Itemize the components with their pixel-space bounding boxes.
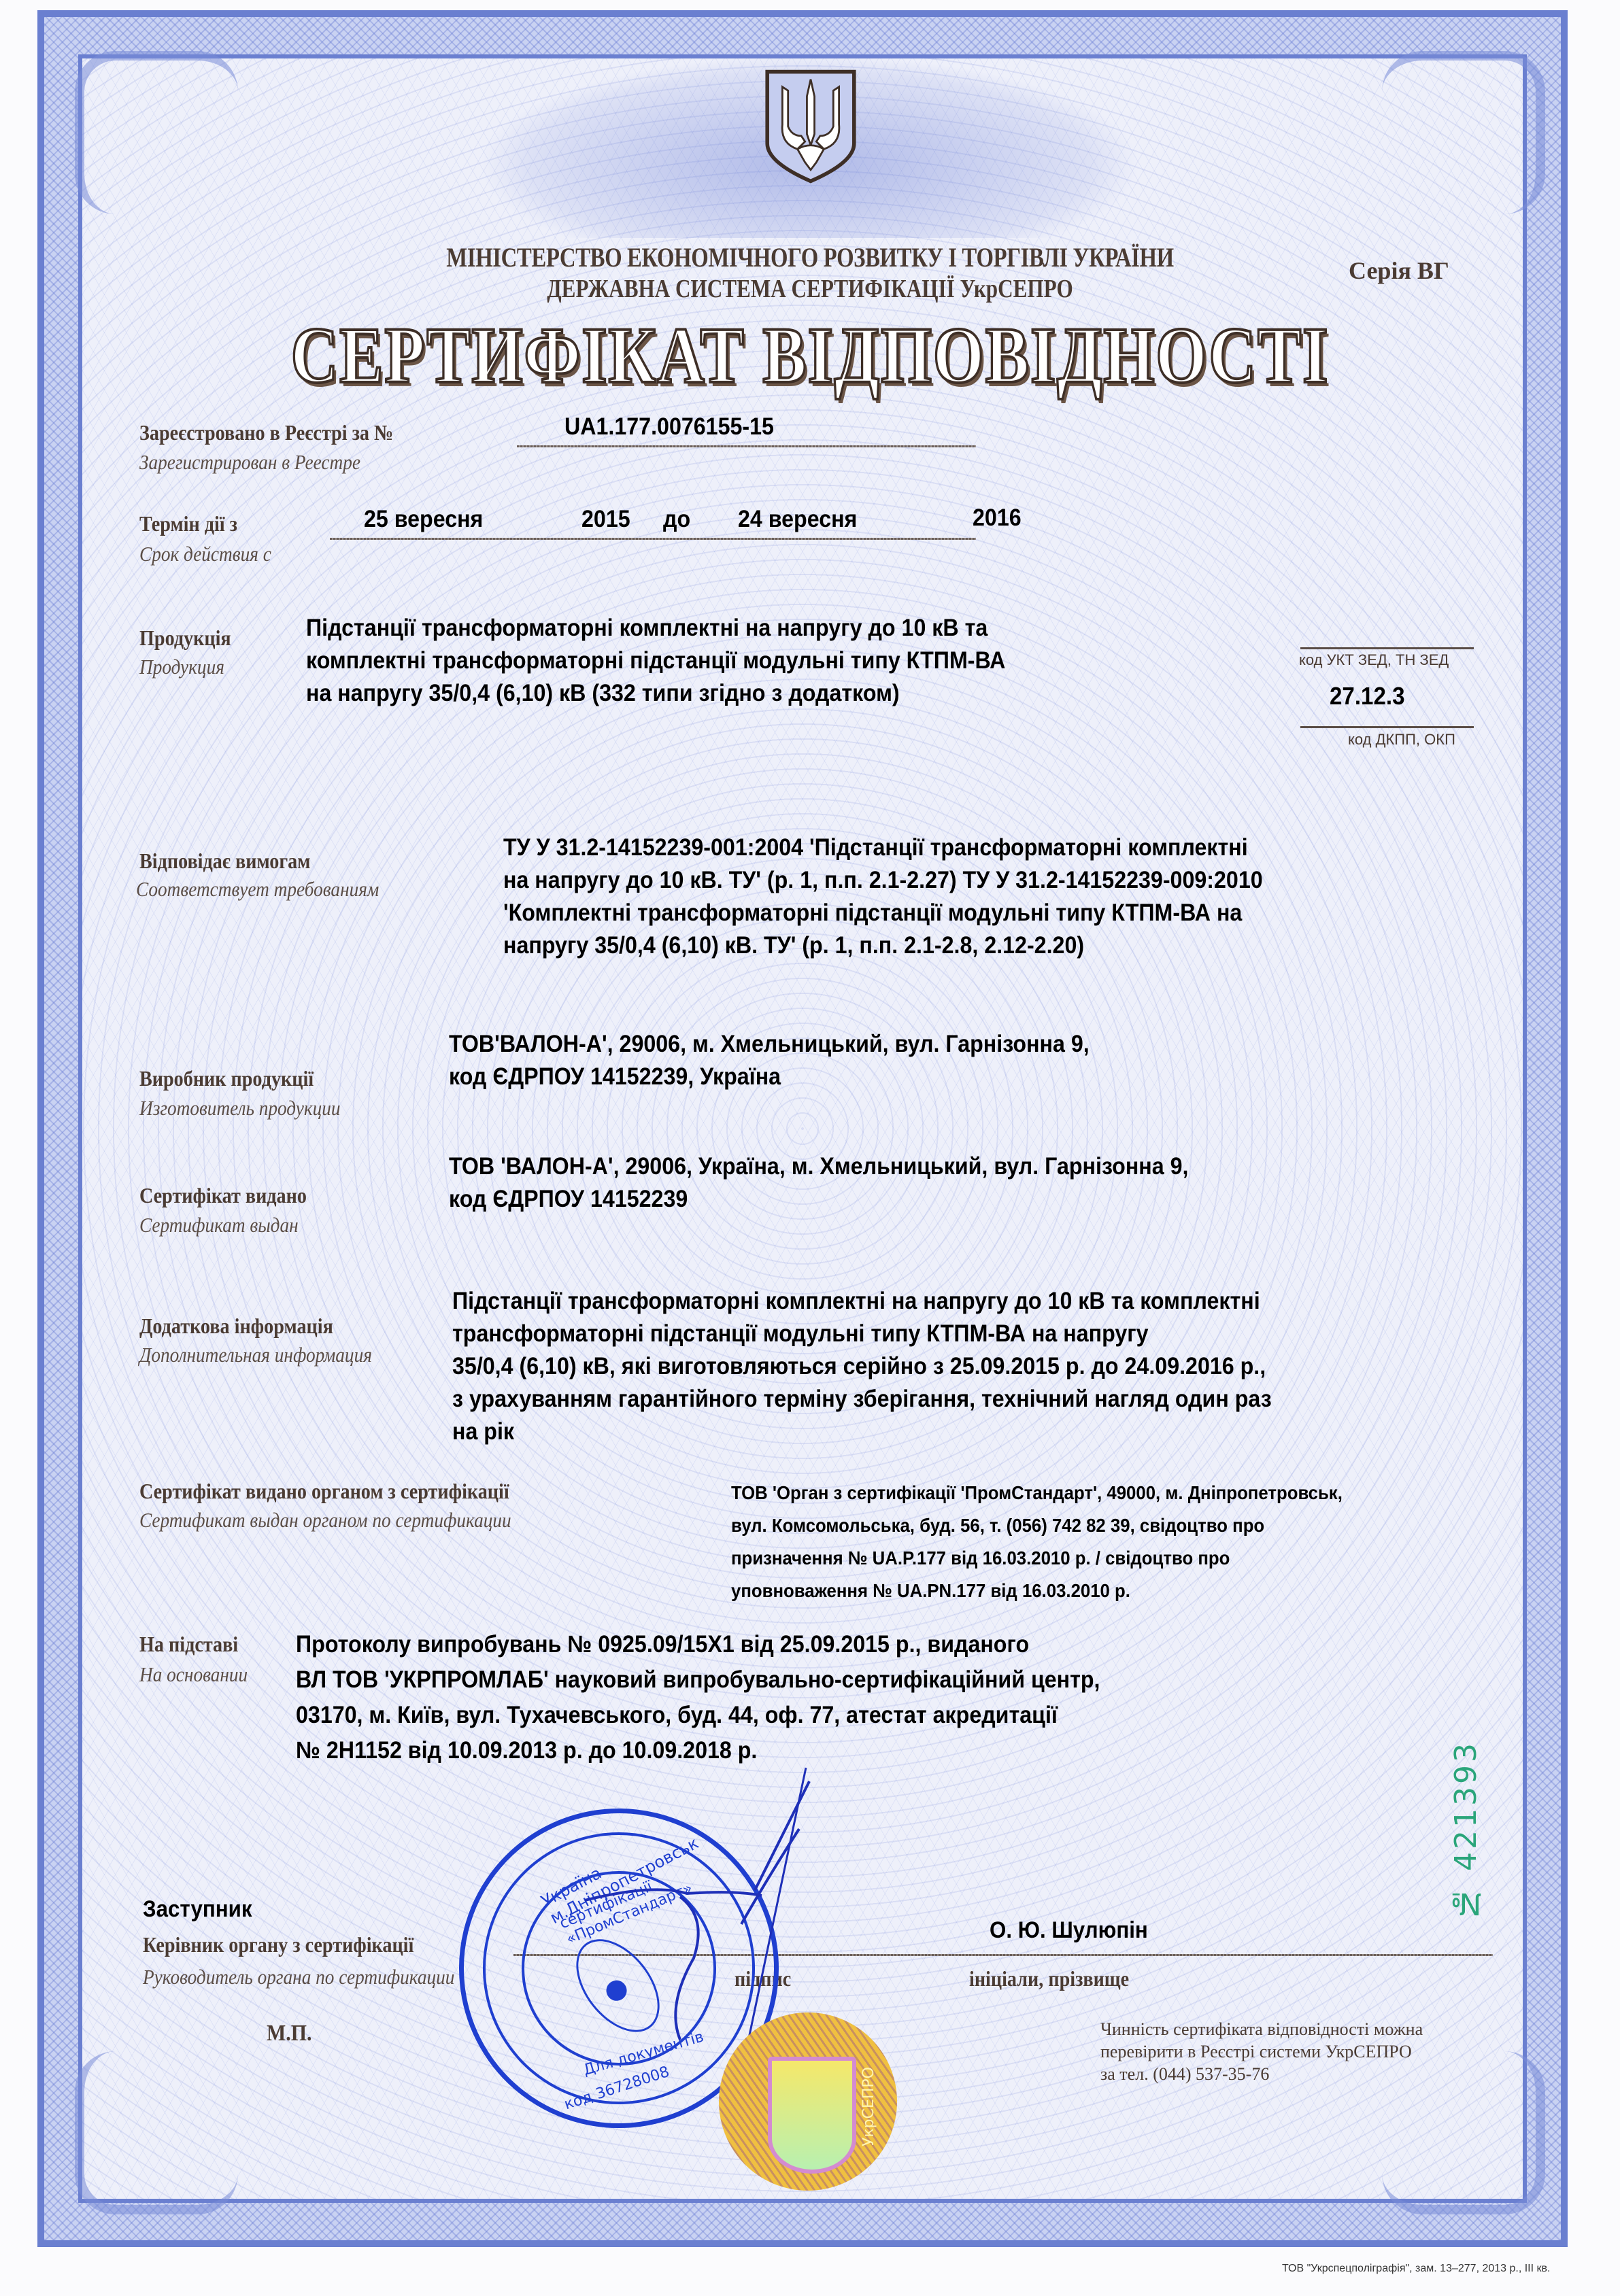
hologram-text: УкрСЕПРО — [860, 2067, 877, 2146]
verification-note-line: перевірити в Реєстрі системи УкрСЕПРО — [1100, 2040, 1423, 2063]
handwritten-signature — [0, 0, 1620, 2296]
certificate-page: МІНІСТЕРСТВО ЕКОНОМІЧНОГО РОЗВИТКУ І ТОР… — [0, 0, 1620, 2296]
serial-number: № 421393 — [1449, 1741, 1483, 1921]
hologram-sticker: УкрСЕПРО — [719, 2012, 897, 2191]
trident-icon — [768, 2057, 856, 2174]
verification-note: Чинність сертифіката відповідності можна… — [1100, 2018, 1423, 2085]
verification-note-line: Чинність сертифіката відповідності можна — [1100, 2018, 1423, 2040]
verification-note-line: за тел. (044) 537-35-76 — [1100, 2063, 1423, 2085]
printer-note: ТОВ "Укрспецполіграфія", зам. 13–277, 20… — [1282, 2263, 1550, 2275]
